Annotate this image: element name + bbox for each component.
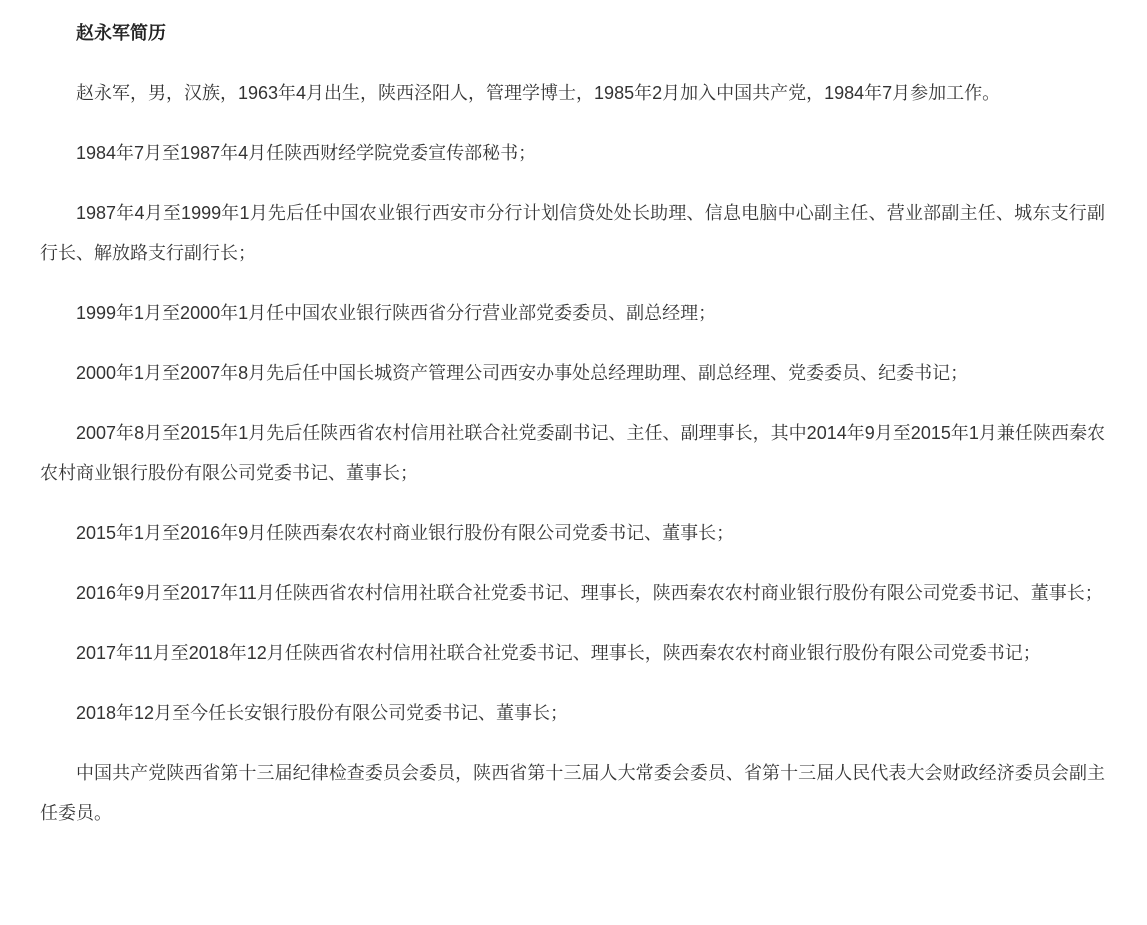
biography-paragraph-2000-2007: 2000年1月至2007年8月先后任中国长城资产管理公司西安办事处总经理助理、副…	[40, 353, 1105, 393]
document-title: 赵永军简历	[40, 13, 1105, 53]
biography-paragraph-1987-1999: 1987年4月至1999年1月先后任中国农业银行西安市分行计划信贷处处长助理、信…	[40, 193, 1105, 273]
biography-paragraph-2017-2018: 2017年11月至2018年12月任陕西省农村信用社联合社党委书记、理事长，陕西…	[40, 633, 1105, 673]
biography-paragraph-1999-2000: 1999年1月至2000年1月任中国农业银行陕西省分行营业部党委委员、副总经理；	[40, 293, 1105, 333]
biography-paragraph-2016-2017: 2016年9月至2017年11月任陕西省农村信用社联合社党委书记、理事长，陕西秦…	[40, 573, 1105, 613]
biography-paragraph-2018-now: 2018年12月至今任长安银行股份有限公司党委书记、董事长；	[40, 693, 1105, 733]
biography-paragraph-2007-2015: 2007年8月至2015年1月先后任陕西省农村信用社联合社党委副书记、主任、副理…	[40, 413, 1105, 493]
biography-paragraph-2015-2016: 2015年1月至2016年9月任陕西秦农农村商业银行股份有限公司党委书记、董事长…	[40, 513, 1105, 553]
biography-paragraph-committee: 中国共产党陕西省第十三届纪律检查委员会委员，陕西省第十三届人大常委会委员、省第十…	[40, 753, 1105, 833]
biography-document: 赵永军简历 赵永军，男，汉族，1963年4月出生，陕西泾阳人，管理学博士，198…	[0, 0, 1147, 925]
biography-paragraph-1984-1987: 1984年7月至1987年4月任陕西财经学院党委宣传部秘书；	[40, 133, 1105, 173]
biography-paragraph-intro: 赵永军，男，汉族，1963年4月出生，陕西泾阳人，管理学博士，1985年2月加入…	[40, 73, 1105, 113]
